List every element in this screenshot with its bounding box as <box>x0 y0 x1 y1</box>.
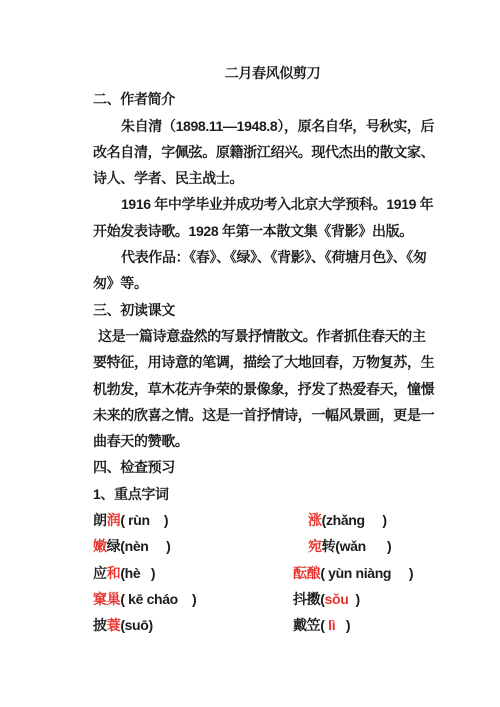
pinyin: ) <box>335 617 350 633</box>
subheading-key-words: 1、重点字词 <box>93 481 430 507</box>
vocab-row: 窠巢( kē cháo ) 抖擞(sǒu ) <box>93 586 430 612</box>
hanzi-red: 和 <box>107 565 121 581</box>
pinyin: 转(wǎn ) <box>322 538 392 554</box>
vocab-item-yinghe: 应和(hè ) <box>93 560 293 586</box>
vocab-row: 应和(hè ) 酝酿( yùn niàng ) <box>93 560 430 586</box>
pinyin: (hè ) <box>120 565 155 581</box>
document-page: 二月春风似剪刀 二、作者简介 朱自清（1898.11—1948.8），原名自华，… <box>0 0 500 707</box>
vocab-item-yunniang: 酝酿( yùn niàng ) <box>293 560 430 586</box>
body-line: 这是一篇诗意盎然的写景抒情散文。作者抓住春天的主 <box>93 323 430 349</box>
hanzi: 披 <box>93 617 107 633</box>
vocab-row: 朗润( rùn ) 涨(zhǎng ) <box>93 507 430 533</box>
hanzi: 应 <box>93 565 107 581</box>
vocab-item-dousou: 抖擞(sǒu ) <box>293 586 430 612</box>
hanzi: 戴笠( <box>293 617 328 633</box>
body-line: 诗人、学者、民主战士。 <box>93 165 430 191</box>
vocab-row: 嫩绿(nèn ) 宛转(wǎn ) <box>93 533 430 559</box>
pinyin: (suō) <box>120 617 152 633</box>
pinyin: ( rùn ) <box>120 512 168 528</box>
vocab-item-wanzhuan: 宛转(wǎn ) <box>293 533 430 559</box>
body-line: 朱自清（1898.11—1948.8），原名自华，号秋实，后 <box>93 113 430 139</box>
vocab-item-zhang: 涨(zhǎng ) <box>293 507 430 533</box>
section-heading-check: 四、检查预习 <box>93 454 430 480</box>
section-heading-author: 二、作者简介 <box>93 86 430 112</box>
hanzi-red: 涨 <box>308 512 322 528</box>
pinyin: ( kē cháo ) <box>120 591 196 607</box>
body-line: 机勃发，草木花卉争荣的景像象，抒发了热爱春天，憧憬 <box>93 376 430 402</box>
body-line: 曲春天的赞歌。 <box>93 428 430 454</box>
hanzi-red: 宛 <box>308 538 322 554</box>
vocab-item-kechao: 窠巢( kē cháo ) <box>93 586 293 612</box>
hanzi-red: 蓑 <box>107 617 121 633</box>
pinyin: 绿(nèn ) <box>107 538 171 554</box>
hanzi: 抖擞( <box>293 591 325 607</box>
hanzi: 朗 <box>93 512 107 528</box>
body-line: 匆》等。 <box>93 270 430 296</box>
body-line: 代表作品：《春》、《绿》、《背影》、《荷塘月色》、《匆 <box>93 244 430 270</box>
section-heading-reading: 三、初读课文 <box>93 297 430 323</box>
vocab-item-langrun: 朗润( rùn ) <box>93 507 293 533</box>
pinyin: (zhǎng ) <box>322 512 387 528</box>
hanzi-red: 嫩 <box>93 538 107 554</box>
body-line: 改名自清，字佩弦。原籍浙江绍兴。现代杰出的散文家、 <box>93 139 430 165</box>
vocab-item-nenlv: 嫩绿(nèn ) <box>93 533 293 559</box>
hanzi-red: 酝酿 <box>293 565 320 581</box>
pinyin-red: sǒu <box>325 591 349 607</box>
body-line: 未来的欣喜之情。这是一首抒情诗，一幅风景画，更是一 <box>93 402 430 428</box>
vocab-item-daili: 戴笠( lì ) <box>293 612 430 638</box>
vocab-row: 披蓑(suō) 戴笠( lì ) <box>93 612 430 638</box>
body-line: 开始发表诗歌。1928 年第一本散文集《背影》出版。 <box>93 218 430 244</box>
body-line: 要特征，用诗意的笔调，描绘了大地回春，万物复苏，生 <box>93 349 430 375</box>
body-line: 1916 年中学毕业并成功考入北京大学预科。1919 年 <box>93 191 430 217</box>
document-title: 二月春风似剪刀 <box>93 60 430 86</box>
pinyin: ( yùn niàng ) <box>320 565 413 581</box>
hanzi-red: 窠巢 <box>93 591 120 607</box>
hanzi-red: 润 <box>107 512 121 528</box>
pinyin: ) <box>348 591 359 607</box>
vocab-item-pisuo: 披蓑(suō) <box>93 612 293 638</box>
